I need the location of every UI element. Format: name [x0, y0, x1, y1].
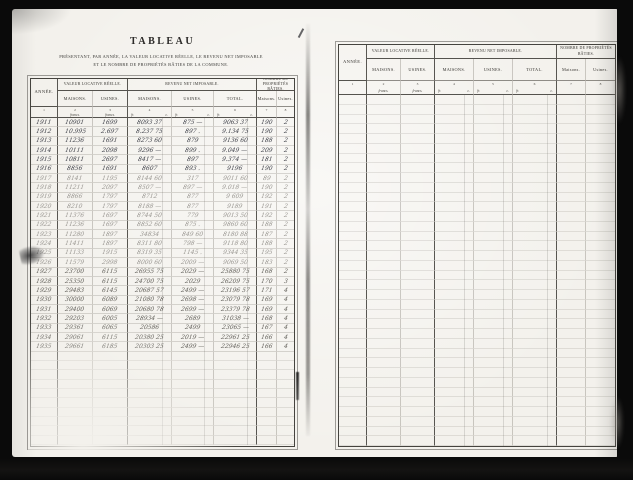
handwritten-value: 9013 50: [222, 212, 248, 219]
empty-cell: [128, 389, 172, 398]
year-cell: 1917: [31, 174, 58, 183]
handwritten-value: 187: [260, 231, 273, 238]
empty-cell: [586, 163, 615, 173]
table-cell: 4: [277, 324, 294, 333]
empty-cell: [586, 329, 615, 339]
table-cell: 1691: [93, 165, 128, 174]
table-cell: 2: [277, 146, 294, 155]
table-cell: 2: [277, 268, 294, 277]
empty-cell: [513, 339, 557, 349]
empty-cell: [513, 427, 557, 437]
empty-cell: [435, 105, 474, 115]
empty-cell: [474, 368, 513, 378]
handwritten-value: 30000: [65, 296, 85, 303]
empty-cell: [513, 407, 557, 417]
handwritten-value: 1897: [102, 231, 118, 238]
table-cell: 4: [277, 305, 294, 314]
empty-cell: [557, 290, 586, 300]
empty-cell: [586, 222, 615, 232]
handwritten-value: 2499 —: [180, 287, 204, 294]
unit-label: [557, 87, 586, 95]
handwritten-value: 1691: [102, 165, 118, 172]
table-cell: 21080 78: [128, 296, 172, 305]
handwritten-value: 6185: [102, 343, 118, 350]
handwritten-value: 8856: [67, 165, 83, 172]
year-cell: 1931: [31, 305, 58, 314]
handwritten-value: 4: [283, 324, 288, 331]
handwritten-value: 29483: [65, 287, 85, 294]
empty-cell: [339, 300, 367, 310]
empty-cell: [474, 124, 513, 134]
handwritten-value: 2: [283, 175, 288, 182]
handwritten-value: 169: [260, 296, 273, 303]
table-cell: 11211: [58, 183, 93, 192]
empty-cell: [474, 436, 513, 446]
empty-cell: [557, 261, 586, 271]
empty-cell: [557, 271, 586, 281]
empty-cell: [401, 124, 435, 134]
empty-cell: [557, 319, 586, 329]
handwritten-value: 25880 75: [220, 268, 250, 275]
handwritten-value: 1920: [36, 203, 52, 210]
handwritten-value: 893 .: [184, 165, 200, 172]
handwritten-value: 2: [283, 156, 288, 163]
table-cell: 6005: [93, 314, 128, 323]
empty-cell: [214, 380, 257, 389]
table-cell: 877: [172, 202, 214, 211]
handwritten-value: 9 609: [226, 193, 244, 200]
handwritten-value: 8188 —: [137, 203, 161, 210]
handwritten-value: 2029: [184, 278, 200, 285]
empty-cell: [128, 436, 172, 445]
handwritten-value: 29203: [65, 315, 85, 322]
handwritten-value: 29400: [65, 306, 85, 313]
handwritten-value: 9069 50: [222, 259, 248, 266]
unit-part: fr.: [217, 113, 220, 117]
handwritten-value: 8000 60: [137, 259, 163, 266]
empty-cell: [557, 144, 586, 154]
table-cell: 2: [277, 118, 294, 127]
handwritten-value: 89: [262, 175, 271, 182]
empty-cell: [474, 417, 513, 427]
empty-cell: [367, 95, 401, 105]
handwritten-value: 10811: [65, 156, 85, 163]
table-cell: 2499: [172, 324, 214, 333]
handwritten-value: 192: [260, 212, 273, 219]
year-cell: 1927: [31, 268, 58, 277]
handwritten-value: 195: [260, 249, 273, 256]
handwritten-value: 6115: [102, 334, 118, 341]
handwritten-value: 20380 25: [135, 334, 165, 341]
handwritten-value: 2698 —: [180, 296, 204, 303]
empty-cell: [435, 115, 474, 125]
table-cell: 2499 —: [172, 286, 214, 295]
empty-cell: [401, 300, 435, 310]
table-cell: 20680 78: [128, 305, 172, 314]
table-cell: 11411: [58, 239, 93, 248]
empty-cell: [128, 370, 172, 379]
empty-cell: [474, 193, 513, 203]
handwritten-value: 1927: [36, 268, 52, 275]
handwritten-value: 6115: [102, 278, 118, 285]
table-cell: 26209 75: [214, 277, 257, 286]
table-cell: 10811: [58, 155, 93, 164]
table-cell: 20586: [128, 324, 172, 333]
table-cell: 20687 57: [128, 286, 172, 295]
empty-cell: [513, 300, 557, 310]
empty-cell: [367, 349, 401, 359]
empty-cell: [339, 232, 367, 242]
column-header-annee: ANNÉE.: [339, 45, 367, 81]
unit-part: fr.: [175, 113, 178, 117]
handwritten-value: 8712: [141, 193, 157, 200]
handwritten-value: 1915: [102, 249, 118, 256]
empty-cell: [31, 352, 58, 361]
handwritten-value: 2: [283, 137, 288, 144]
empty-cell: [513, 183, 557, 193]
empty-cell: [474, 280, 513, 290]
empty-cell: [513, 378, 557, 388]
table-cell: 1897: [93, 239, 128, 248]
table-cell: 2998: [93, 258, 128, 267]
empty-cell: [435, 212, 474, 222]
empty-cell: [172, 361, 214, 370]
empty-cell: [401, 339, 435, 349]
handwritten-value: 8093 37: [137, 119, 163, 126]
handwritten-value: 188: [260, 240, 273, 247]
empty-cell: [31, 370, 58, 379]
table-cell: 897 .: [172, 127, 214, 136]
handwritten-value: 4: [283, 315, 288, 322]
empty-cell: [367, 417, 401, 427]
empty-cell: [128, 352, 172, 361]
table-cell: 4: [277, 314, 294, 323]
empty-cell: [401, 349, 435, 359]
table-cell: 166: [257, 333, 277, 342]
handwritten-value: 20687 57: [135, 287, 165, 294]
empty-cell: [339, 378, 367, 388]
empty-cell: [401, 310, 435, 320]
empty-cell: [513, 105, 557, 115]
empty-cell: [93, 380, 128, 389]
empty-cell: [474, 427, 513, 437]
table-cell: 2698 —: [172, 296, 214, 305]
empty-cell: [257, 436, 277, 445]
empty-cell: [513, 212, 557, 222]
handwritten-value: 22961 25: [220, 334, 250, 341]
empty-cell: [214, 352, 257, 361]
empty-cell: [557, 134, 586, 144]
table-cell: 10901: [58, 118, 93, 127]
table-cell: 2699 —: [172, 305, 214, 314]
empty-cell: [435, 417, 474, 427]
empty-cell: [339, 310, 367, 320]
empty-cell: [474, 173, 513, 183]
empty-cell: [339, 183, 367, 193]
table-cell: 190: [257, 165, 277, 174]
handwritten-value: 1922: [36, 221, 52, 228]
table-cell: 9 609: [214, 193, 257, 202]
handwritten-value: 2697: [102, 156, 118, 163]
table-cell: 9.049 —: [214, 146, 257, 155]
handwritten-value: 24700 75: [135, 278, 165, 285]
handwritten-value: 23196 57: [220, 287, 250, 294]
handwritten-value: 1195: [102, 175, 118, 182]
table-cell: 1145 .: [172, 249, 214, 258]
table-cell: 2: [277, 249, 294, 258]
handwritten-value: 20303 25: [135, 343, 165, 350]
document-subtitle-line2: ET LE NOMBRE DE PROPRIÉTÉS BÂTIES DE LA …: [46, 62, 276, 67]
table-cell: 3: [277, 277, 294, 286]
empty-cell: [474, 202, 513, 212]
empty-cell: [557, 163, 586, 173]
empty-cell: [557, 349, 586, 359]
table-cell: 1797: [93, 202, 128, 211]
handwritten-value: 29061: [65, 334, 85, 341]
empty-cell: [339, 193, 367, 203]
empty-cell: [513, 271, 557, 281]
empty-cell: [586, 95, 615, 105]
empty-cell: [401, 115, 435, 125]
table-cell: 2.697: [93, 127, 128, 136]
empty-cell: [172, 426, 214, 435]
empty-cell: [586, 202, 615, 212]
empty-cell: [586, 173, 615, 183]
empty-cell: [277, 436, 294, 445]
year-cell: 1932: [31, 314, 58, 323]
unit-part: fr.: [131, 113, 134, 117]
empty-cell: [557, 329, 586, 339]
empty-cell: [474, 144, 513, 154]
column-header: USINES.: [474, 59, 513, 81]
empty-cell: [513, 280, 557, 290]
empty-cell: [401, 144, 435, 154]
empty-cell: [128, 398, 172, 407]
handwritten-value: 21080 78: [135, 296, 165, 303]
empty-cell: [586, 134, 615, 144]
empty-cell: [401, 105, 435, 115]
empty-cell: [586, 251, 615, 261]
handwritten-value: 8311 80: [137, 240, 163, 247]
table-cell: 10.995: [58, 127, 93, 136]
empty-cell: [513, 115, 557, 125]
table-cell: 190: [257, 183, 277, 192]
empty-cell: [339, 349, 367, 359]
table-cell: 2: [277, 174, 294, 183]
empty-cell: [513, 154, 557, 164]
handwritten-value: 2009 —: [180, 259, 204, 266]
handwritten-value: 192: [260, 193, 273, 200]
table-cell: 2: [277, 239, 294, 248]
table-cell: 899 .: [172, 146, 214, 155]
empty-cell: [367, 134, 401, 144]
handwritten-value: 28934 —: [135, 315, 163, 322]
empty-cell: [586, 124, 615, 134]
empty-cell: [339, 163, 367, 173]
empty-cell: [435, 378, 474, 388]
empty-cell: [586, 358, 615, 368]
table-cell: 28934 —: [128, 314, 172, 323]
handwritten-value: 190: [260, 184, 273, 191]
empty-cell: [367, 397, 401, 407]
empty-cell: [557, 388, 586, 398]
table-cell: 8.237 75: [128, 127, 172, 136]
empty-cell: [513, 163, 557, 173]
empty-cell: [214, 389, 257, 398]
empty-cell: [339, 105, 367, 115]
empty-cell: [557, 339, 586, 349]
handwritten-value: 1933: [36, 324, 52, 331]
empty-cell: [257, 417, 277, 426]
handwritten-value: 1697: [102, 212, 118, 219]
table-cell: 8607: [128, 165, 172, 174]
table-cell: 22946 25: [214, 342, 257, 351]
empty-cell: [557, 436, 586, 446]
empty-cell: [339, 368, 367, 378]
table-cell: 29361: [58, 324, 93, 333]
table-cell: 1697: [93, 221, 128, 230]
column-header: MAISONS.: [58, 91, 93, 107]
handwritten-value: 8866: [67, 193, 83, 200]
handwritten-value: 8417 —: [137, 156, 161, 163]
empty-cell: [277, 398, 294, 407]
empty-cell: [367, 388, 401, 398]
empty-cell: [513, 232, 557, 242]
handwritten-value: 4: [283, 296, 288, 303]
empty-cell: [93, 426, 128, 435]
empty-cell: [339, 144, 367, 154]
empty-cell: [367, 154, 401, 164]
empty-cell: [474, 388, 513, 398]
empty-cell: [435, 202, 474, 212]
handwritten-value: 8507 —: [137, 184, 161, 191]
empty-cell: [435, 173, 474, 183]
empty-cell: [435, 329, 474, 339]
table-cell: 9063 37: [214, 118, 257, 127]
handwritten-value: 23065 —: [221, 324, 249, 331]
empty-cell: [367, 280, 401, 290]
handwritten-value: 2: [283, 165, 288, 172]
empty-cell: [474, 163, 513, 173]
table-cell: 34834: [128, 230, 172, 239]
table-cell: 9118 80: [214, 239, 257, 248]
empty-cell: [257, 408, 277, 417]
empty-cell: [401, 319, 435, 329]
empty-cell: [214, 426, 257, 435]
table-cell: 8188 —: [128, 202, 172, 211]
table-cell: 2: [277, 155, 294, 164]
empty-cell: [513, 241, 557, 251]
empty-cell: [367, 163, 401, 173]
empty-cell: [93, 408, 128, 417]
empty-cell: [435, 261, 474, 271]
empty-cell: [367, 261, 401, 271]
table-cell: 1195: [93, 174, 128, 183]
empty-cell: [435, 193, 474, 203]
column-header: Maisons.: [257, 91, 277, 107]
handwritten-value: 2: [283, 259, 288, 266]
year-cell: 1921: [31, 211, 58, 220]
empty-cell: [513, 436, 557, 446]
table-cell: 9.134 75: [214, 127, 257, 136]
handwritten-value: 1914: [36, 147, 52, 154]
handwritten-value: 2: [283, 147, 288, 154]
empty-cell: [435, 388, 474, 398]
table-cell: 192: [257, 211, 277, 220]
scratch-mark-artifact: [296, 372, 299, 400]
empty-cell: [557, 358, 586, 368]
empty-cell: [339, 95, 367, 105]
column-header: TOTAL.: [214, 91, 257, 107]
handwritten-value: 188: [260, 137, 273, 144]
handwritten-value: 2097: [102, 184, 118, 191]
empty-cell: [128, 426, 172, 435]
handwritten-value: 1919: [36, 193, 52, 200]
empty-cell: [513, 261, 557, 271]
empty-cell: [367, 183, 401, 193]
empty-cell: [474, 232, 513, 242]
handwritten-value: 166: [260, 334, 273, 341]
empty-cell: [557, 397, 586, 407]
unit-label: francs.: [367, 87, 401, 95]
handwritten-value: 9.374 —: [222, 156, 248, 163]
empty-cell: [586, 378, 615, 388]
handwritten-value: 10111: [65, 147, 85, 154]
empty-cell: [339, 397, 367, 407]
handwritten-value: 879: [186, 137, 199, 144]
handwritten-value: 2: [283, 128, 288, 135]
empty-cell: [586, 349, 615, 359]
empty-cell: [474, 154, 513, 164]
column-header: USINES.: [172, 91, 214, 107]
table-cell: 2098: [93, 146, 128, 155]
empty-cell: [367, 358, 401, 368]
empty-cell: [435, 280, 474, 290]
document-title: TABLEAU: [60, 36, 265, 47]
page-corner-shadow: [12, 9, 72, 35]
table-cell: 317: [172, 174, 214, 183]
empty-cell: [557, 95, 586, 105]
handwritten-value: 899 .: [184, 147, 200, 154]
table-cell: 2029 —: [172, 268, 214, 277]
handwritten-value: 26209 75: [220, 278, 250, 285]
unit-label: fr.c.: [435, 87, 474, 95]
handwritten-value: 2: [283, 221, 288, 228]
table-cell: 2029: [172, 277, 214, 286]
empty-cell: [557, 300, 586, 310]
empty-cell: [339, 134, 367, 144]
empty-cell: [172, 380, 214, 389]
empty-cell: [401, 329, 435, 339]
empty-cell: [435, 310, 474, 320]
empty-cell: [513, 251, 557, 261]
empty-cell: [586, 280, 615, 290]
handwritten-value: 1935: [36, 343, 52, 350]
empty-cell: [367, 202, 401, 212]
table-cell: 9860 60: [214, 221, 257, 230]
column-header: Usines.: [586, 59, 615, 81]
group-header: NOMBRE DE PROPRIÉTÉS BÂTIES.: [557, 45, 615, 59]
handwritten-value: 2098: [102, 147, 118, 154]
empty-cell: [557, 154, 586, 164]
handwritten-value: 9.049 —: [222, 147, 248, 154]
empty-cell: [513, 173, 557, 183]
empty-cell: [257, 426, 277, 435]
unit-part: fr.: [477, 89, 480, 93]
handwritten-value: 2699 —: [180, 306, 204, 313]
empty-cell: [257, 370, 277, 379]
empty-cell: [58, 352, 93, 361]
